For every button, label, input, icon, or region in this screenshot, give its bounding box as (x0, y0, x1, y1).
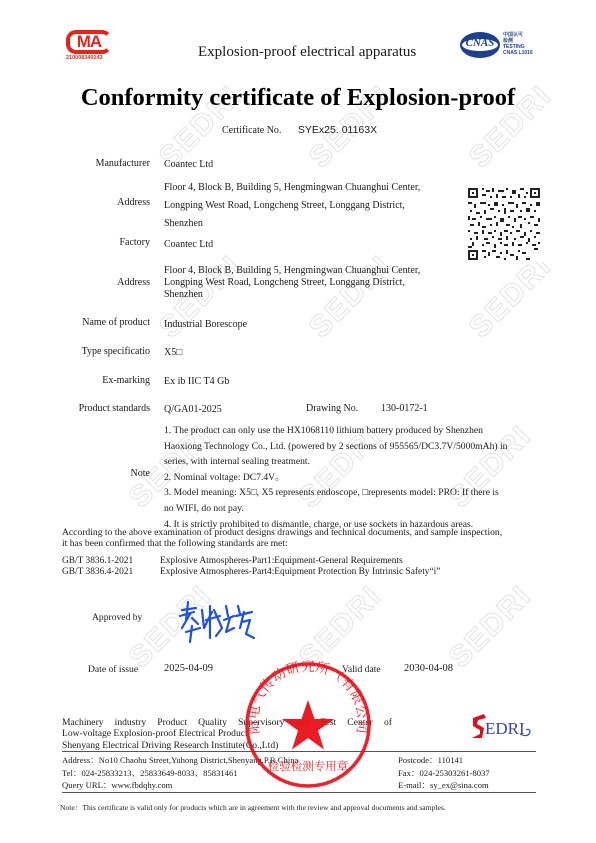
note-line: 1. The product can only use the HX106811… (164, 423, 544, 439)
address-line: Longping West Road, Longcheng Street, Lo… (164, 277, 420, 289)
address-line: Floor 4, Block B, Building 5, Hengmingwa… (164, 265, 420, 277)
product-standards-value: Q/GA01-2025 (164, 402, 222, 417)
official-seal-stamp: 沈阳电气传动研究所（有限公司） 检验检测专用章 (243, 660, 373, 790)
manufacturer-address-label: Address (0, 197, 150, 208)
standard-row: GB/T 3836.1-2021Explosive Atmospheres-Pa… (62, 556, 403, 566)
cma-logo-mark: MA (66, 30, 112, 54)
note-line: 2. Nominal voltage: DC7.4V。 (164, 470, 544, 486)
valid-date-value: 2030-04-08 (404, 663, 453, 674)
standard-row: GB/T 3836.4-2021Explosive Atmospheres-Pa… (62, 567, 440, 577)
cma-logo: MA 210008349143 (66, 30, 114, 61)
conclusion-paragraph: According to the above examination of pr… (62, 527, 542, 549)
issuer-postcode: Postcode：110141 (398, 754, 490, 767)
factory-value: Coantec Ltd (164, 237, 213, 252)
footnote: Note：This certificate is valid only for … (60, 802, 446, 813)
cnas-logo-text: CNAS (460, 37, 500, 49)
watermark: SEDRI (463, 249, 559, 345)
approved-by-label: Approved by (92, 612, 142, 623)
factory-address-value: Floor 4, Block B, Building 5, Hengmingwa… (164, 265, 420, 301)
note-line: 3. Model meaning: X5□, X5 represents end… (164, 485, 544, 501)
date-of-issue-label: Date of issue (88, 664, 138, 675)
factory-address-label: Address (0, 277, 150, 288)
manufacturer-value: Coantec Ltd (164, 157, 213, 172)
certificate-title: Conformity certificate of Explosion-proo… (0, 84, 596, 112)
ex-marking-label: Ex-marking (0, 375, 150, 386)
conclusion-line: According to the above examination of pr… (62, 527, 542, 538)
manufacturer-address-value: Floor 4, Block B, Building 5, Hengmingwa… (164, 180, 420, 231)
standard-code: GB/T 3836.4-2021 (62, 567, 160, 577)
cnas-logo: CNAS 中国认可 检测 TESTING CNAS L1016 (460, 30, 570, 60)
product-standards-label: Product standards (0, 403, 150, 414)
manufacturer-label: Manufacturer (0, 158, 150, 169)
ex-marking-value: Ex ib IIC T4 Gb (164, 374, 229, 389)
product-name-value: Industrial Borescope (164, 317, 247, 332)
standard-title: Explosive Atmospheres-Part4:Equipment Pr… (160, 567, 440, 577)
address-line: Shenzhen (164, 289, 420, 301)
sedri-logo: EDRI (470, 712, 540, 745)
type-spec-label: Type specificatio (0, 346, 150, 357)
date-of-issue-value: 2025-04-09 (164, 663, 213, 674)
note-line: series, with internal sealing treatment. (164, 454, 544, 470)
sedri-logo-icon: EDRI (470, 712, 540, 740)
issuer-contact-right: Postcode：110141 Fax：024-25303261-8037 E-… (398, 754, 490, 792)
note-list: 1. The product can only use the HX106811… (164, 423, 544, 532)
note-line: no WIFI, do not pay. (164, 501, 544, 517)
address-line: Longping West Road, Longcheng Street, Lo… (164, 198, 420, 213)
cnas-side-text: 中国认可 检测 TESTING CNAS L1016 (503, 32, 533, 56)
note-line: Haoxiong Technology Co., Ltd. (powered b… (164, 439, 544, 455)
standard-title: Explosive Atmospheres-Part1:Equipment-Ge… (160, 556, 403, 566)
watermark: SEDRI (443, 579, 539, 675)
certificate-number: Certificate No. SYEx25. 01163X (222, 124, 377, 136)
conclusion-line: it has been confirmed that the following… (62, 538, 542, 549)
address-line: Floor 4, Block B, Building 5, Hengmingwa… (164, 180, 420, 195)
cnas-side-line: CNAS L1016 (503, 50, 533, 56)
note-label: Note (0, 468, 150, 479)
cma-number: 210008349143 (66, 55, 114, 61)
standard-code: GB/T 3836.1-2021 (62, 556, 160, 566)
drawing-no-value: 130-0172-1 (381, 403, 428, 414)
svg-text:EDRI: EDRI (485, 719, 525, 738)
product-name-label: Name of product (0, 317, 150, 328)
header-title: Explosion-proof electrical apparatus (198, 44, 416, 61)
qr-code-icon (466, 186, 542, 262)
issuer-fax: Fax：024-25303261-8037 (398, 767, 490, 780)
drawing-no-label: Drawing No. (306, 403, 358, 414)
divider (62, 792, 536, 793)
svg-text:检验检测专用章: 检验检测专用章 (268, 759, 349, 773)
factory-label: Factory (0, 237, 150, 248)
certificate-number-label: Certificate No. (222, 125, 281, 136)
issuer-email[interactable]: E-mail：sy_ex@sina.com (398, 779, 490, 792)
type-spec-value: X5□ (164, 345, 182, 360)
signature-image (176, 598, 258, 644)
address-line: Shenzhen (164, 216, 420, 231)
certificate-number-value: SYEx25. 01163X (298, 124, 377, 136)
